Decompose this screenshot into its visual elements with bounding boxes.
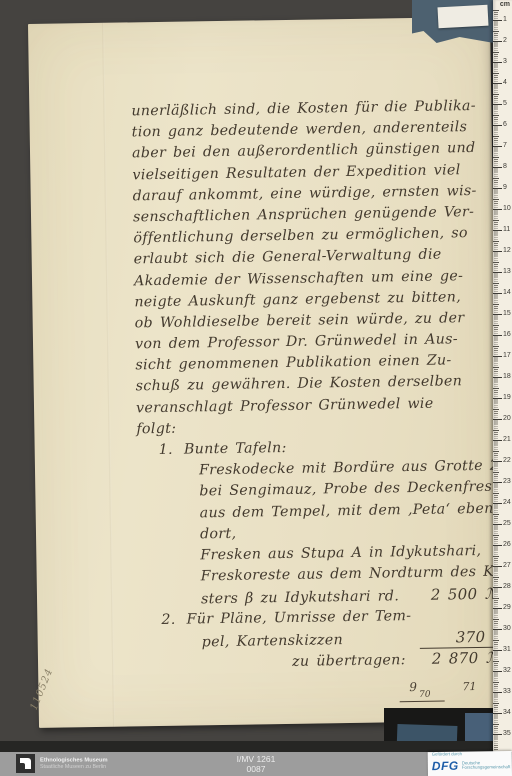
ruler-cm-tick: 8	[493, 167, 502, 168]
footnote-denominator: 70	[419, 690, 431, 700]
ruler-cm-tick: 20	[493, 419, 502, 420]
ruler-cm-tick: 13	[493, 272, 502, 273]
ruler-cm-tick: 24	[493, 503, 502, 504]
footnote-fraction: 970	[399, 680, 444, 703]
handwriting-block: unerläßlich sind, die Kosten für die Pub…	[131, 98, 502, 676]
ruler-half-tick	[493, 283, 499, 284]
ruler-cm-tick: 34	[493, 713, 502, 714]
ruler-cm-tick: 15	[493, 314, 502, 315]
ruler-half-tick	[493, 136, 499, 137]
ruler-cm-tick: 10	[493, 209, 502, 210]
paper-crease	[102, 23, 115, 727]
ruler-cm-tick: 31	[493, 650, 502, 651]
ruler-cm-tick: 27	[493, 566, 502, 567]
page-footnote: 97071	[399, 679, 476, 702]
ruler-cm-tick: 17	[493, 356, 502, 357]
ruler-half-tick	[493, 52, 499, 53]
ruler-half-tick	[493, 451, 499, 452]
ruler-cm-tick: 4	[493, 83, 502, 84]
ruler-half-tick	[493, 178, 499, 179]
dfg-funded-by-label: Gefördert durch	[432, 752, 482, 756]
ruler-half-tick	[493, 325, 499, 326]
ruler-cm-tick: 14	[493, 293, 502, 294]
manuscript-page: unerläßlich sind, die Kosten für die Pub…	[28, 17, 501, 728]
ruler-cm-tick: 11	[493, 230, 502, 231]
ruler-cm-tick: 12	[493, 251, 502, 252]
dfg-row: DFG Deutsche Forschungsgemeinschaft	[432, 758, 512, 773]
ruler-half-tick	[493, 73, 499, 74]
ruler-cm-tick: 28	[493, 587, 502, 588]
ruler-cm-tick: 33	[493, 692, 502, 693]
ruler-cm-tick: 7	[493, 146, 502, 147]
ruler-cm-tick: 19	[493, 398, 502, 399]
ruler-half-tick	[493, 619, 499, 620]
ruler-cm-tick: 1	[493, 20, 502, 21]
ruler-half-tick	[493, 157, 499, 158]
ruler-cm-tick: 23	[493, 482, 502, 483]
footnote-extra: 71	[462, 680, 476, 693]
ruler-cm-tick: 18	[493, 377, 502, 378]
ruler-half-tick	[493, 661, 499, 662]
ruler-cm-tick: 5	[493, 104, 502, 105]
ruler-cm-tick: 26	[493, 545, 502, 546]
scan-viewport: { "colors": { "bg": "#454340", "ink": "#…	[0, 0, 512, 776]
dfg-abbr: DFG	[432, 759, 459, 773]
amount-value: 2 870 ℳ	[432, 649, 502, 668]
ruler-cm-tick: 25	[493, 524, 502, 525]
ruler-half-tick	[493, 262, 499, 263]
ruler-half-tick	[493, 493, 499, 494]
ruler-cm-tick: 16	[493, 335, 502, 336]
ruler-half-tick	[493, 304, 499, 305]
scan-edge-shadow	[0, 741, 512, 752]
paper-tab	[437, 5, 488, 29]
ruler-half-tick	[493, 535, 499, 536]
ruler-half-tick	[493, 682, 499, 683]
ruler-cm-tick: 22	[493, 461, 502, 462]
ruler-half-tick	[493, 472, 499, 473]
ruler-cm-tick: 21	[493, 440, 502, 441]
dfg-name: Deutsche Forschungsgemeinschaft	[462, 761, 511, 770]
dfg-logo: Gefördert durch DFG Deutsche Forschungsg…	[428, 751, 512, 776]
ruler-half-tick	[493, 409, 499, 410]
ruler-half-tick	[493, 241, 499, 242]
ruler-half-tick	[493, 220, 499, 221]
ruler-unit-label: cm	[500, 1, 510, 8]
ruler-cm-tick: 35	[493, 734, 502, 735]
archival-pencil-number: 110524	[29, 667, 56, 712]
ruler-half-tick	[493, 31, 499, 32]
ruler-cm-tick: 3	[493, 62, 502, 63]
ruler: cm 1234567891011121314151617181920212223…	[493, 0, 512, 776]
dfg-name-line2: Forschungsgemeinschaft	[462, 765, 511, 770]
ruler-half-tick	[493, 514, 499, 515]
ruler-half-tick	[493, 388, 499, 389]
ruler-half-tick	[493, 724, 499, 725]
ruler-half-tick	[493, 367, 499, 368]
ruler-cm-tick: 32	[493, 671, 502, 672]
ruler-half-tick	[493, 640, 499, 641]
ruler-half-tick	[493, 598, 499, 599]
ruler-half-tick	[493, 703, 499, 704]
ruler-cm-tick: 29	[493, 608, 502, 609]
manuscript-line: zu übertragen:2 870 ℳ	[140, 649, 502, 676]
ruler-cm-tick: 2	[493, 41, 502, 42]
ruler-half-tick	[493, 10, 499, 11]
ruler-half-tick	[493, 199, 499, 200]
ruler-half-tick	[493, 430, 499, 431]
ruler-half-tick	[493, 115, 499, 116]
amount-value: 2 500 ℳ	[431, 585, 501, 604]
ruler-half-tick	[493, 94, 499, 95]
ruler-half-tick	[493, 556, 499, 557]
ruler-cm-tick: 6	[493, 125, 502, 126]
ruler-cm-tick: 9	[493, 188, 502, 189]
amount-value: 370 ,	[420, 627, 502, 648]
footnote-numerator: 9	[409, 680, 417, 694]
ruler-cm-tick: 30	[493, 629, 502, 630]
ruler-half-tick	[493, 577, 499, 578]
ruler-half-tick	[493, 346, 499, 347]
